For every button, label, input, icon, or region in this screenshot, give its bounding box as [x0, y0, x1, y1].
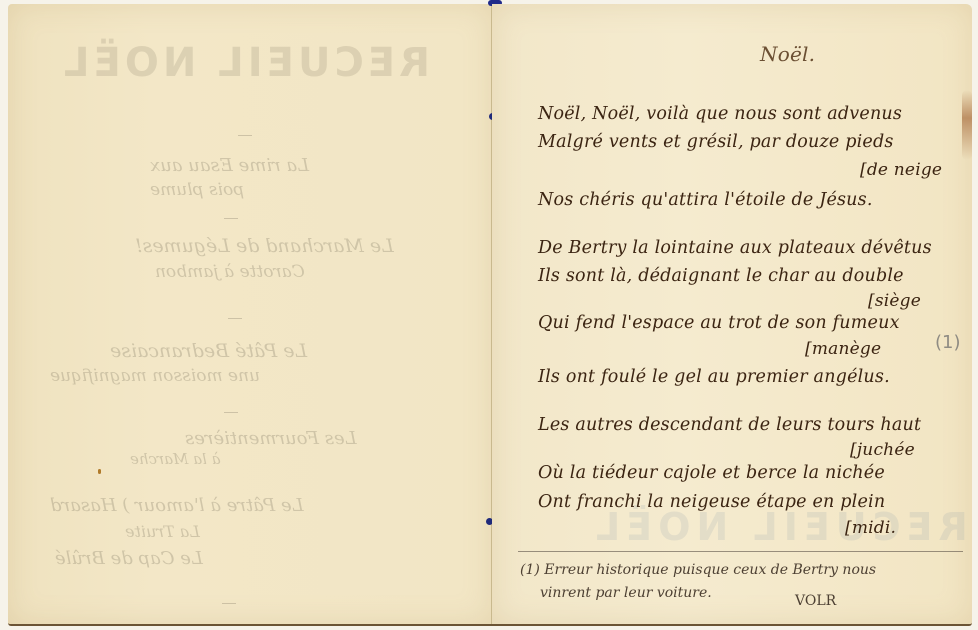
poem-line: Noël, Noël, voilà que nous sont advenus — [538, 104, 902, 124]
poem-line-continuation: [de neige — [860, 160, 942, 180]
poem-line: Nos chéris qu'attira l'étoile de Jésus. — [538, 190, 873, 210]
poem-line: Ont franchi la neigeuse étape en plein — [538, 492, 885, 512]
poem-line: Ils sont là, dédaignant le char au doubl… — [538, 266, 904, 286]
paper-stain — [962, 90, 972, 160]
poem-line-continuation: [juchée — [850, 440, 915, 460]
bleed-line: à la Marche — [130, 450, 221, 468]
poem-line: Ils ont foulé le gel au premier angélus. — [538, 367, 890, 387]
footnote-marker: (1) — [935, 332, 961, 353]
bleed-divider — [224, 218, 238, 219]
poem-line-continuation: [siège — [868, 291, 921, 311]
bleed-line: La Truite — [125, 522, 200, 541]
bleed-line: Le Pâté Bedrancaise — [110, 340, 307, 362]
bleed-line: Carotte à jambon — [155, 262, 305, 282]
poem-line: Les autres descendant de leurs tours hau… — [538, 415, 921, 435]
footnote-line: (1) Erreur historique puisque ceux de Be… — [520, 562, 876, 578]
bleed-line: pois plume — [150, 180, 244, 200]
bleed-through-header: RECUEIL NOËL — [30, 40, 460, 100]
footnote-signature: VOLR — [795, 593, 836, 609]
bleed-line: Le Pâtre à l'amour ) Hasard — [50, 495, 304, 516]
bleed-line: Le Marchand de Légumes! — [135, 235, 394, 257]
bleed-divider — [238, 135, 252, 136]
bleed-divider — [224, 412, 238, 413]
bleed-line: Le Cap de Brûlé — [55, 548, 203, 569]
ink-speck — [98, 469, 101, 474]
poem-line: Malgré vents et grésil, par douze pieds — [538, 132, 894, 152]
bleed-line: Les Fourmentières — [185, 428, 357, 449]
bleed-divider — [222, 603, 236, 604]
poem-line: Où la tiédeur cajole et berce la nichée — [538, 463, 885, 483]
bleed-divider — [228, 318, 242, 319]
bleed-line: La rime Esau aux — [150, 155, 309, 176]
footnote-rule — [518, 551, 963, 552]
poem-line: Qui fend l'espace au trot de son fumeux — [538, 313, 900, 333]
bleed-line: une moisson magnifique — [50, 366, 260, 386]
poem-line: De Bertry la lointaine aux plateaux dévê… — [538, 238, 932, 258]
manuscript-spread: RECUEIL NOËL La rime Esau aux pois plume… — [0, 0, 978, 630]
poem-line-continuation: [manège — [805, 339, 881, 359]
poem-line-continuation: [midi. — [845, 518, 896, 538]
poem-title: Noël. — [760, 42, 815, 66]
footnote-line: vinrent par leur voiture. — [540, 585, 712, 601]
